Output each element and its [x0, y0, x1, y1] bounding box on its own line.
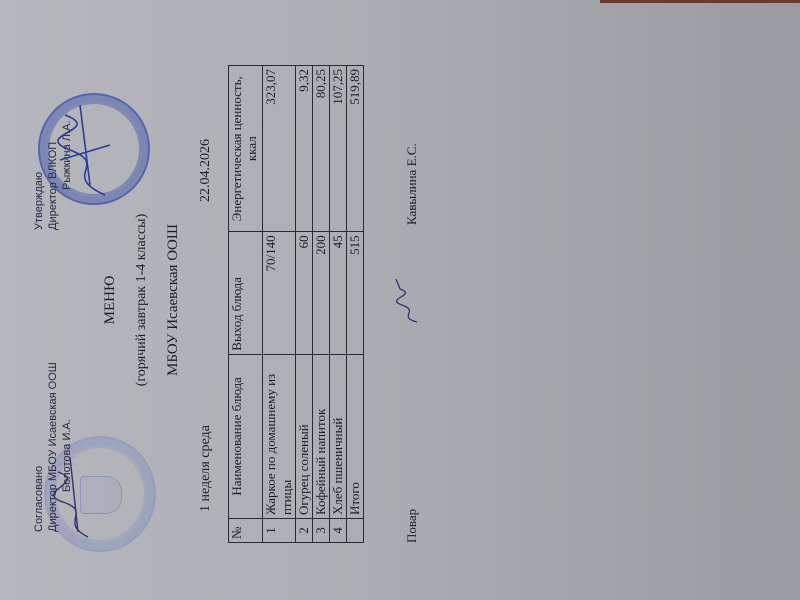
dish-yield: 70/140 — [263, 232, 296, 354]
row-number: 4 — [330, 519, 347, 543]
column-header-dish: Наименование блюда — [229, 354, 263, 518]
document-subtitle: (горячий завтрак 1-4 классы) — [134, 0, 150, 600]
row-number: 1 — [263, 519, 296, 543]
cook-name: Кавылина Е.С. — [404, 143, 420, 225]
total-label: Итого — [347, 354, 364, 518]
document-title: МЕНЮ — [102, 0, 119, 600]
dish-energy: 9,32 — [296, 66, 313, 232]
school-name: МБОУ Исаевская ООШ — [165, 0, 182, 600]
table-total-row: Итого 515 519,89 — [347, 66, 364, 543]
signature-left-icon — [48, 452, 98, 542]
total-yield: 515 — [347, 232, 364, 354]
dish-name: Хлеб пшеничный — [330, 354, 347, 518]
table-row: 1 Жаркое по домашнему из птицы 70/140 32… — [263, 66, 296, 543]
dish-yield: 45 — [330, 232, 347, 354]
dish-energy: 80,25 — [313, 66, 330, 232]
table-row: 4 Хлеб пшеничный 45 107,25 — [330, 66, 347, 543]
dish-energy: 107,25 — [330, 66, 347, 232]
menu-table: № Наименование блюда Выход блюда Энергет… — [228, 65, 364, 543]
dish-name: Огурец соленый — [296, 354, 313, 518]
column-header-no: № — [229, 519, 263, 543]
row-number: 3 — [313, 519, 330, 543]
menu-date: 22.04.2026 — [198, 139, 214, 202]
menu-document: Согласовано Директор МБОУ Исаевская ООШ … — [0, 0, 800, 600]
cook-signature-icon — [392, 275, 422, 325]
dish-energy: 323,07 — [263, 66, 296, 232]
week-day-label: 1 неделя среда — [198, 425, 214, 512]
table-row: 3 Кофейный напиток 200 80,25 — [313, 66, 330, 543]
table-row: 2 Огурец соленый 60 9,32 — [296, 66, 313, 543]
approval-left-label: Согласовано — [32, 362, 46, 532]
dish-yield: 60 — [296, 232, 313, 354]
column-header-energy: Энергетическая ценность, ккал — [229, 66, 263, 232]
dish-name: Жаркое по домашнему из птицы — [263, 354, 296, 518]
column-header-yield: Выход блюда — [229, 232, 263, 354]
cook-role-label: Повар — [404, 509, 420, 543]
row-number: 2 — [296, 519, 313, 543]
total-energy: 519,89 — [347, 66, 364, 232]
dish-yield: 200 — [313, 232, 330, 354]
dish-name: Кофейный напиток — [313, 354, 330, 518]
approval-right-label: Утверждаю — [32, 121, 46, 230]
total-row-number — [347, 519, 364, 543]
table-header-row: № Наименование блюда Выход блюда Энергет… — [229, 66, 263, 543]
